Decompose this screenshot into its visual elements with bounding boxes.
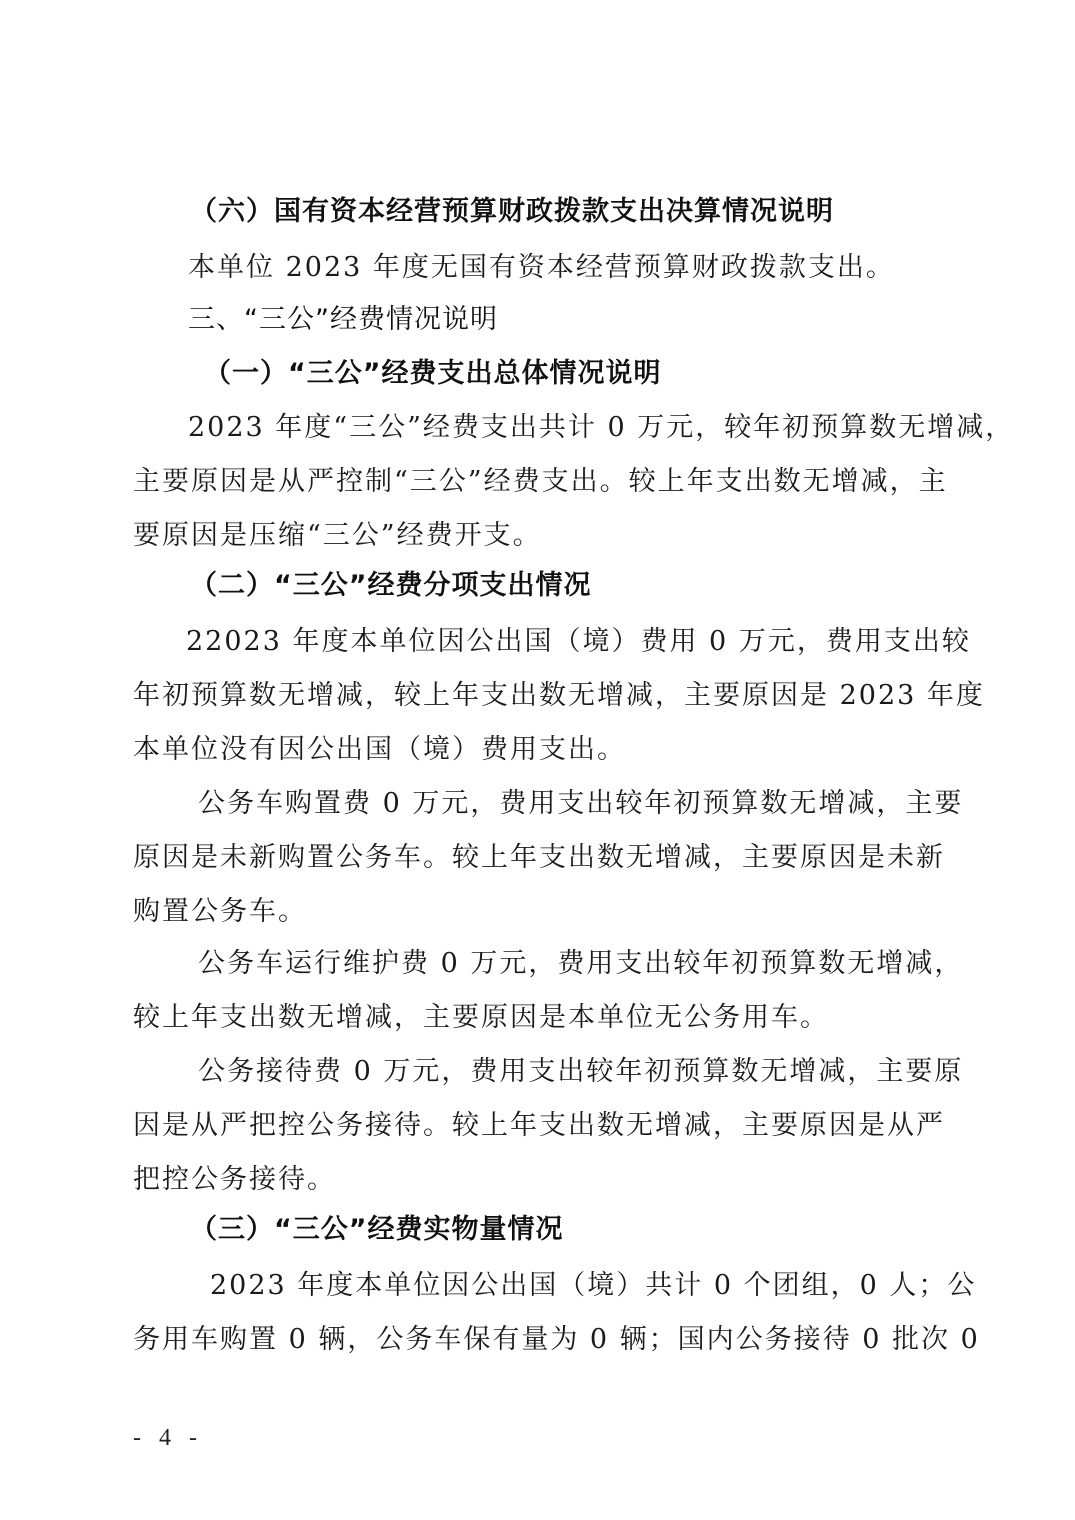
subsection-2-p2-line-2: 原因是未新购置公务车。较上年支出数无增减，主要原因是未新 [133,840,945,876]
subsection-2-p1-line-2: 年初预算数无增减，较上年支出数无增减，主要原因是 2023 年度 [133,678,945,714]
subsection-2-p1-line-3: 本单位没有因公出国（境）费用支出。 [133,732,945,768]
subsection-3-body-line-2: 务用车购置 0 辆，公务车保有量为 0 辆；国内公务接待 0 批次 0 [133,1322,945,1358]
subsection-2-p4-line-2: 因是从严把控公务接待。较上年支出数无增减，主要原因是从严 [133,1108,945,1144]
subsection-2-p2-line-1: 公务车购置费 0 万元，费用支出较年初预算数无增减，主要 [198,786,945,822]
document-page: （六）国有资本经营预算财政拨款支出决算情况说明 本单位 2023 年度无国有资本… [0,0,1075,1520]
subsection-2-p3-line-1: 公务车运行维护费 0 万元，费用支出较年初预算数无增减， [198,946,945,982]
subsection-3-body-line-1: 2023 年度本单位因公出国（境）共计 0 个团组，0 人；公 [210,1268,945,1304]
subsection-1-heading: （一）“三公”经费支出总体情况说明 [204,356,1016,392]
page-number: - 4 - [133,1425,203,1452]
subsection-3-heading: （三）“三公”经费实物量情况 [190,1212,1002,1248]
section-6-heading: （六）国有资本经营预算财政拨款支出决算情况说明 [190,194,1002,230]
subsection-1-body-line-3: 要原因是压缩“三公”经费开支。 [133,518,945,554]
section-3-heading: 三、“三公”经费情况说明 [188,302,1000,338]
section-6-body-line-1: 本单位 2023 年度无国有资本经营预算财政拨款支出。 [188,250,1000,286]
subsection-2-p4-line-1: 公务接待费 0 万元，费用支出较年初预算数无增减，主要原 [198,1054,945,1090]
subsection-1-body-line-2: 主要原因是从严控制“三公”经费支出。较上年支出数无增减，主 [133,464,945,500]
subsection-2-p3-line-2: 较上年支出数无增减，主要原因是本单位无公务用车。 [133,1000,945,1036]
subsection-2-heading: （二）“三公”经费分项支出情况 [190,568,1002,604]
subsection-2-p1-line-1: 22023 年度本单位因公出国（境）费用 0 万元，费用支出较 [186,624,945,660]
subsection-2-p2-line-3: 购置公务车。 [133,894,945,930]
subsection-1-body-line-1: 2023 年度“三公”经费支出共计 0 万元，较年初预算数无增减， [188,410,945,446]
subsection-2-p4-line-3: 把控公务接待。 [133,1162,945,1198]
